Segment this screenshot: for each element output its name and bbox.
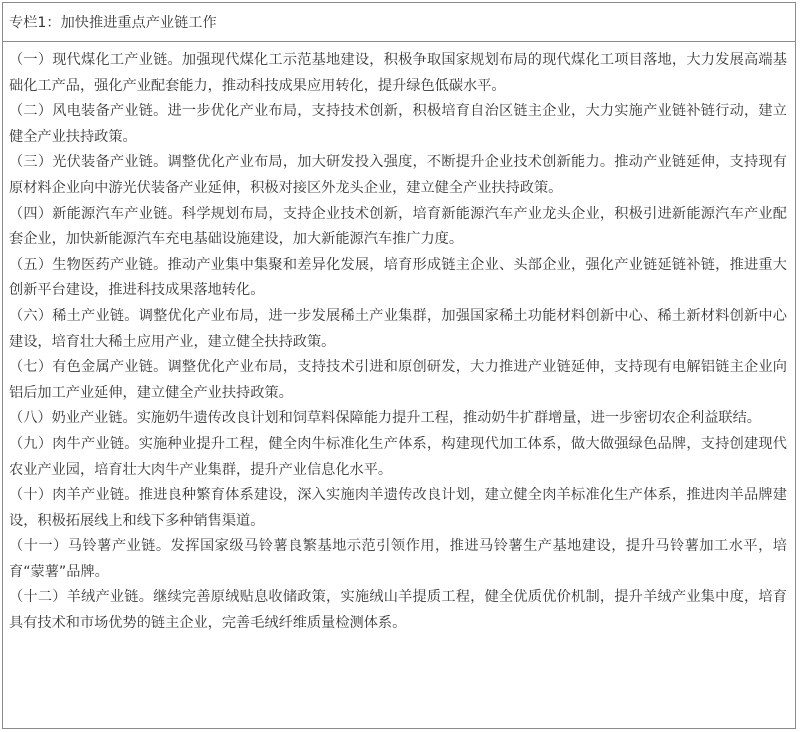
list-item-rare-earth: （六）稀土产业链。调整优化产业布局，进一步发展稀土产业集群，加强国家稀土功能材料… [9,304,787,355]
list-item-photovoltaic: （三）光伏装备产业链。调整优化产业布局，加大研发投入强度，不断提升企业技术创新能… [9,150,787,201]
list-item-mutton-sheep: （十）肉羊产业链。推进良种繁育体系建设，深入实施肉羊遗传改良计划，建立健全肉羊标… [9,483,787,534]
list-item-beef-cattle: （九）肉牛产业链。实施种业提升工程，健全肉牛标准化生产体系，构建现代加工体系，做… [9,432,787,483]
list-item-wind-power: （二）风电装备产业链。进一步优化产业布局，支持技术创新，积极培育自治区链主企业，… [9,99,787,150]
list-item-cashmere: （十二）羊绒产业链。继续完善原绒贴息收储政策，实施绒山羊提质工程，健全优质优价机… [9,585,787,636]
list-item-biomedicine: （五）生物医药产业链。推动产业集中集聚和差异化发展，培育形成链主企业、头部企业，… [9,253,787,304]
feature-box: 专栏1：加快推进重点产业链工作 （一）现代煤化工产业链。加强现代煤化工示范基地建… [2,2,796,729]
list-item-dairy: （八）奶业产业链。实施奶牛遗传改良计划和饲草料保障能力提升工程，推动奶牛扩群增量… [9,406,787,432]
list-item-coal-chemical: （一）现代煤化工产业链。加强现代煤化工示范基地建设，积极争取国家规划布局的现代煤… [9,48,787,99]
list-item-potato: （十一）马铃薯产业链。发挥国家级马铃薯良繁基地示范引领作用，推进马铃薯生产基地建… [9,534,787,585]
list-item-new-energy-vehicle: （四）新能源汽车产业链。科学规划布局，支持企业技术创新，培育新能源汽车产业龙头企… [9,202,787,253]
box-title: 专栏1：加快推进重点产业链工作 [3,3,795,42]
box-body: （一）现代煤化工产业链。加强现代煤化工示范基地建设，积极争取国家规划布局的现代煤… [3,42,795,637]
list-item-nonferrous-metal: （七）有色金属产业链。调整优化产业布局，支持技术引进和原创研发，大力推进产业链延… [9,355,787,406]
